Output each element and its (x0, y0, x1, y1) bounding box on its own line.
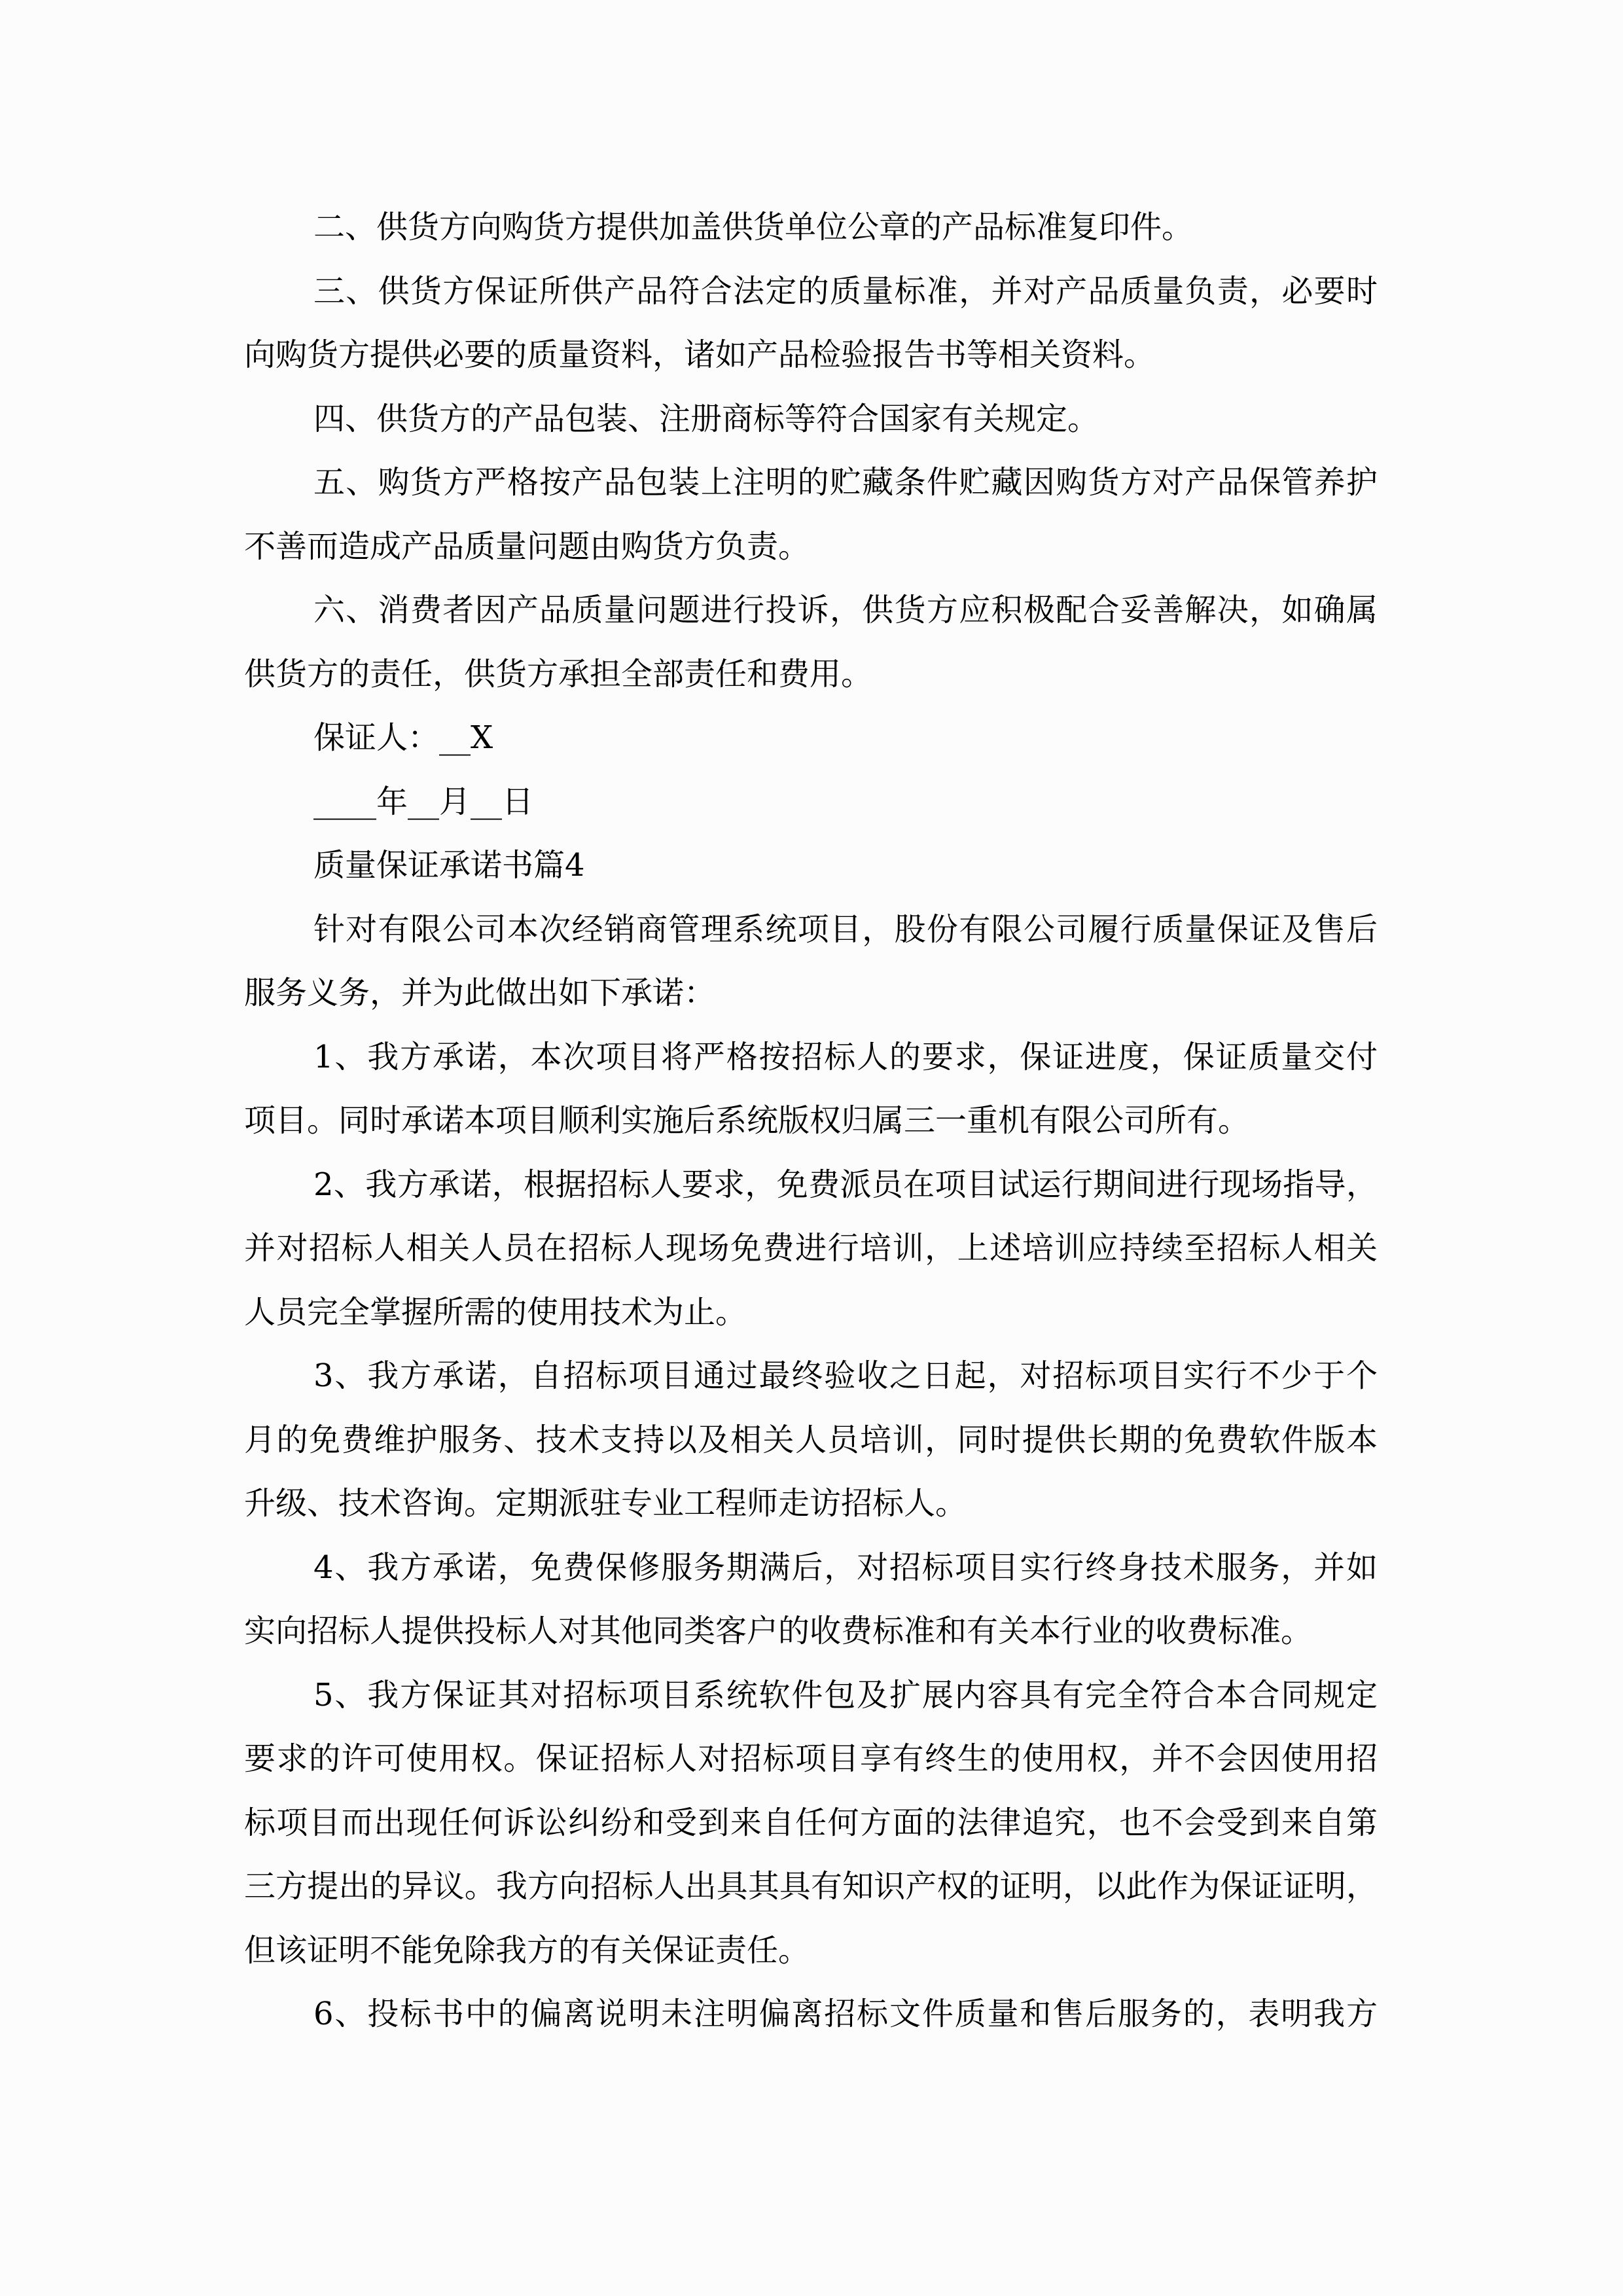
text-line: 升级、技术咨询。定期派驻专业工程师走访招标人。 (244, 1472, 1378, 1536)
text-line: 月的免费维护服务、技术支持以及相关人员培训，同时提供长期的免费软件版本 (244, 1408, 1378, 1473)
text-line: 1、我方承诺，本次项目将严格按招标人的要求，保证进度，保证质量交付 (244, 1026, 1378, 1090)
text-line: 4、我方承诺，免费保修服务期满后，对招标项目实行终身技术服务，并如 (244, 1536, 1378, 1600)
date-line: ____年__月__日 (244, 770, 1378, 834)
text-line: 四、供货方的产品包装、注册商标等符合国家有关规定。 (244, 387, 1378, 452)
clause-5-paragraph: 五、购货方严格按产品包装上注明的贮藏条件贮藏因购货方对产品保管养护 不善而造成产… (244, 451, 1378, 579)
section-heading: 质量保证承诺书篇4 (244, 834, 1378, 898)
section-title: 质量保证承诺书篇4 (244, 834, 1378, 898)
clause-6-paragraph: 六、消费者因产品质量问题进行投诉，供货方应积极配合妥善解决，如确属 供货方的责任… (244, 579, 1378, 706)
document-body: 二、供货方向购货方提供加盖供货单位公章的产品标准复印件。 三、供货方保证所供产品… (244, 196, 1378, 2047)
clause-4-paragraph: 四、供货方的产品包装、注册商标等符合国家有关规定。 (244, 387, 1378, 452)
text-line: 3、我方承诺，自招标项目通过最终验收之日起，对招标项目实行不少于个 (244, 1344, 1378, 1408)
commitment-5-paragraph: 5、我方保证其对招标项目系统软件包及扩展内容具有完全符合本合同规定 要求的许可使… (244, 1664, 1378, 1983)
text-line: 六、消费者因产品质量问题进行投诉，供货方应积极配合妥善解决，如确属 (244, 579, 1378, 643)
document-page: 二、供货方向购货方提供加盖供货单位公章的产品标准复印件。 三、供货方保证所供产品… (0, 0, 1623, 2296)
text-line: 并对招标人相关人员在招标人现场免费进行培训，上述培训应持续至招标人相关 (244, 1217, 1378, 1281)
guarantor-signature: 保证人：__X (244, 706, 1378, 770)
text-line: 三、供货方保证所供产品符合法定的质量标准，并对产品质量负责，必要时 (244, 260, 1378, 324)
text-line: 人员完全掌握所需的使用技术为止。 (244, 1281, 1378, 1345)
commitment-6-paragraph: 6、投标书中的偏离说明未注明偏离招标文件质量和售后服务的，表明我方 (244, 1982, 1378, 2047)
clause-3-paragraph: 三、供货方保证所供产品符合法定的质量标准，并对产品质量负责，必要时 向购货方提供… (244, 260, 1378, 387)
text-line: 不善而造成产品质量问题由购货方负责。 (244, 515, 1378, 579)
text-line: 项目。同时承诺本项目顺利实施后系统版权归属三一重机有限公司所有。 (244, 1089, 1378, 1153)
text-line: 针对有限公司本次经销商管理系统项目，股份有限公司履行质量保证及售后 (244, 898, 1378, 962)
commitment-3-paragraph: 3、我方承诺，自招标项目通过最终验收之日起，对招标项目实行不少于个 月的免费维护… (244, 1344, 1378, 1536)
commitment-2-paragraph: 2、我方承诺，根据招标人要求，免费派员在项目试运行期间进行现场指导， 并对招标人… (244, 1153, 1378, 1345)
intro-paragraph: 针对有限公司本次经销商管理系统项目，股份有限公司履行质量保证及售后 服务义务，并… (244, 898, 1378, 1026)
text-line: 供货方的责任，供货方承担全部责任和费用。 (244, 643, 1378, 707)
text-line: 二、供货方向购货方提供加盖供货单位公章的产品标准复印件。 (244, 196, 1378, 260)
text-line: 三方提出的异议。我方向招标人出具其具有知识产权的证明，以此作为保证证明， (244, 1855, 1378, 1919)
text-line: 实向招标人提供投标人对其他同类客户的收费标准和有关本行业的收费标准。 (244, 1600, 1378, 1664)
text-line: 2、我方承诺，根据招标人要求，免费派员在项目试运行期间进行现场指导， (244, 1153, 1378, 1217)
text-line: 五、购货方严格按产品包装上注明的贮藏条件贮藏因购货方对产品保管养护 (244, 451, 1378, 515)
text-line: 但该证明不能免除我方的有关保证责任。 (244, 1919, 1378, 1983)
text-line: 向购货方提供必要的质量资料，诸如产品检验报告书等相关资料。 (244, 323, 1378, 387)
guarantor-line: 保证人：__X (244, 706, 1378, 770)
text-line: 标项目而出现任何诉讼纠纷和受到来自任何方面的法律追究，也不会受到来自第 (244, 1791, 1378, 1856)
clause-2-paragraph: 二、供货方向购货方提供加盖供货单位公章的产品标准复印件。 (244, 196, 1378, 260)
date-text: ____年__月__日 (244, 770, 1378, 834)
commitment-4-paragraph: 4、我方承诺，免费保修服务期满后，对招标项目实行终身技术服务，并如 实向招标人提… (244, 1536, 1378, 1664)
text-line: 5、我方保证其对招标项目系统软件包及扩展内容具有完全符合本合同规定 (244, 1664, 1378, 1728)
text-line: 6、投标书中的偏离说明未注明偏离招标文件质量和售后服务的，表明我方 (244, 1982, 1378, 2047)
text-line: 服务义务，并为此做出如下承诺： (244, 961, 1378, 1026)
commitment-1-paragraph: 1、我方承诺，本次项目将严格按招标人的要求，保证进度，保证质量交付 项目。同时承… (244, 1026, 1378, 1153)
text-line: 要求的许可使用权。保证招标人对招标项目享有终生的使用权，并不会因使用招 (244, 1727, 1378, 1791)
